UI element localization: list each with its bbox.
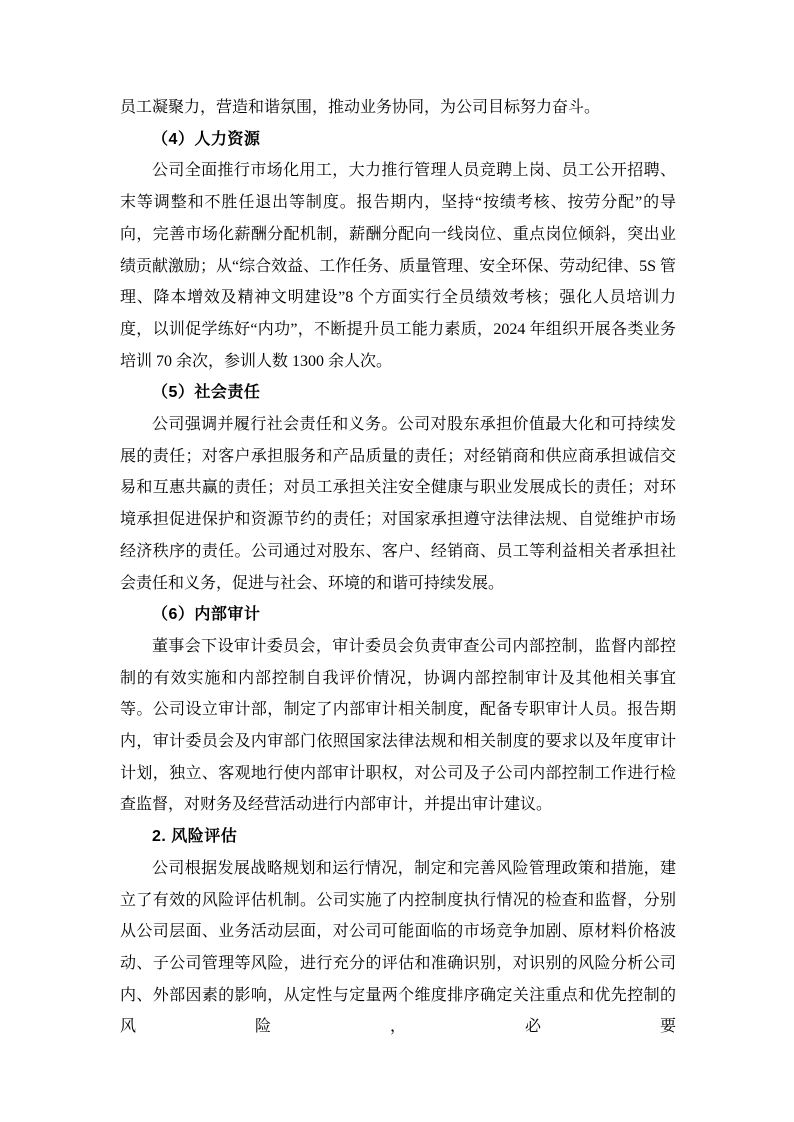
section-heading: （5）社会责任	[120, 377, 676, 409]
section-heading: 2. 风险评估	[120, 821, 676, 853]
body-paragraph-continuation: 员工凝聚力，营造和谐氛围，推动业务协同，为公司目标努力奋斗。	[120, 92, 676, 124]
body-paragraph: 公司全面推行市场化用工，大力推行管理人员竞聘上岗、员工公开招聘、末等调整和不胜任…	[120, 155, 676, 377]
document-page: 员工凝聚力，营造和谐氛围，推动业务协同，为公司目标努力奋斗。（4）人力资源公司全…	[0, 0, 794, 1122]
section-heading: （6）内部审计	[120, 599, 676, 631]
section-heading: （4）人力资源	[120, 124, 676, 156]
body-paragraph: 董事会下设审计委员会，审计委员会负责审查公司内部控制，监督内部控制的有效实施和内…	[120, 631, 676, 821]
document-text-block: 员工凝聚力，营造和谐氛围，推动业务协同，为公司目标努力奋斗。（4）人力资源公司全…	[120, 92, 676, 1043]
body-paragraph: 公司强调并履行社会责任和义务。公司对股东承担价值最大化和可持续发展的责任；对客户…	[120, 409, 676, 599]
body-paragraph: 公司根据发展战略规划和运行情况，制定和完善风险管理政策和措施，建立了有效的风险评…	[120, 853, 676, 1043]
